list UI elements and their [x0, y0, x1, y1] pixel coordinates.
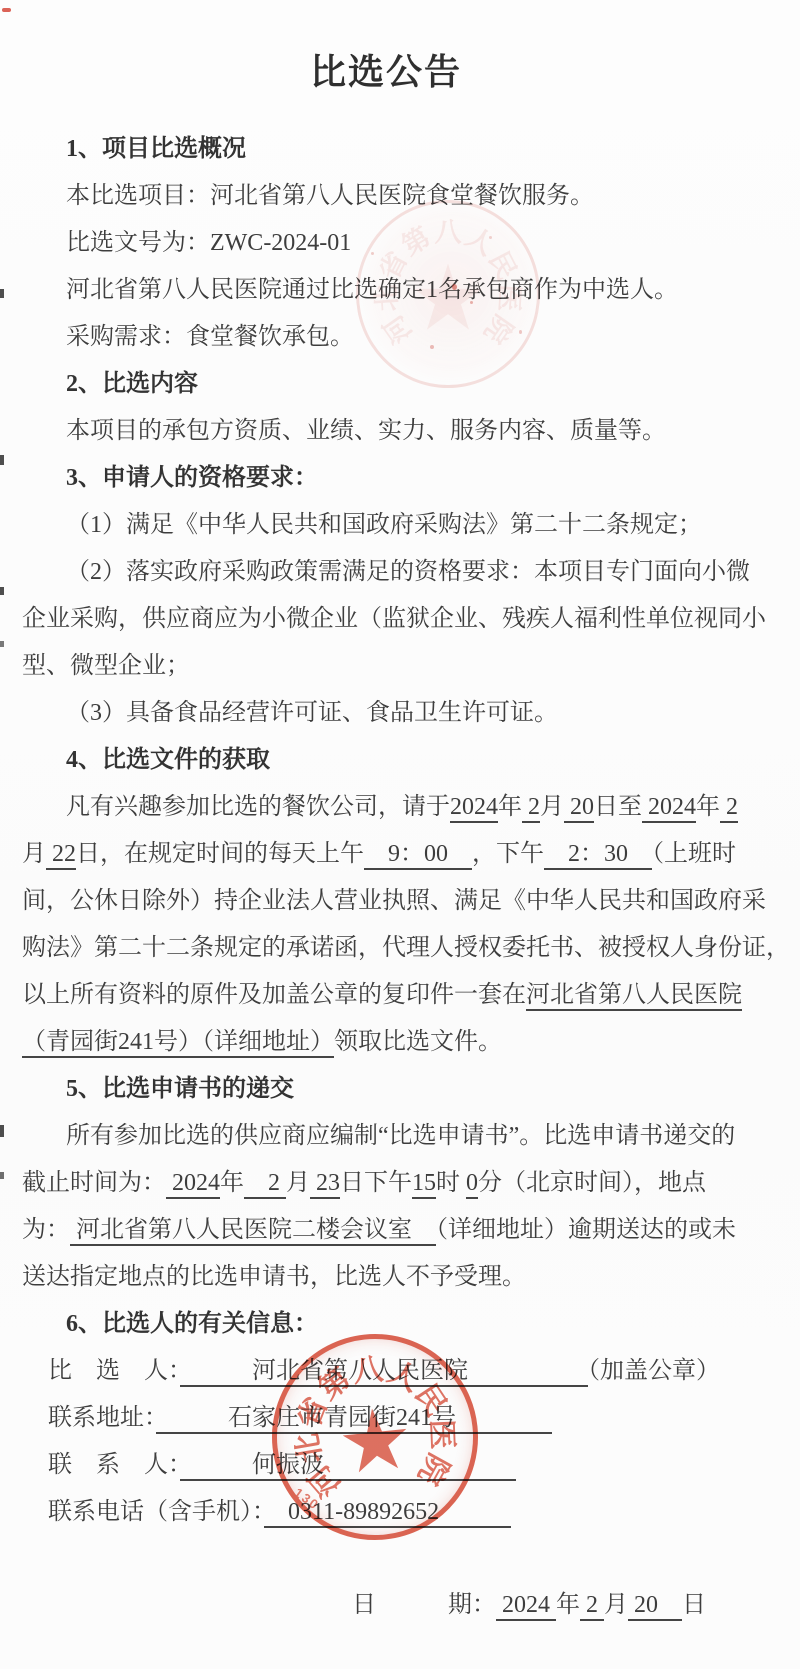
text-segment: 日下午: [340, 1170, 412, 1196]
text-segment: （加盖公章）: [588, 1358, 720, 1384]
selection-method-line: 河北省第八人民医院通过比选确定1名承包商作为中选人。: [22, 267, 776, 314]
text-segment: 为：: [22, 1217, 70, 1243]
section-heading-6: 6、比选人的有关信息：: [22, 1301, 776, 1348]
section-heading-4: 4、比选文件的获取: [22, 737, 776, 784]
text-segment: 月: [286, 1170, 310, 1196]
scan-artifact-edge-mark: [0, 289, 4, 298]
text-segment: （2）落实政府采购政策需满足的资格要求：本项目专门面向小微: [66, 559, 750, 585]
blank-underline: 石家庄市青园街241号: [156, 1405, 552, 1434]
text-segment: 企业采购，供应商应为小微企业（监狱企业、残疾人福利性单位视同小: [22, 606, 766, 632]
text-segment: 月: [604, 1592, 628, 1618]
text-segment: 型、微型企业；: [22, 653, 190, 679]
seal-ink-speck: [371, 252, 374, 255]
document-obtain-line-4: 购法》第二十二条规定的承诺函，代理人授权委托书、被授权人身份证，: [22, 925, 776, 972]
text-segment: 6、比选人的有关信息：: [66, 1311, 318, 1337]
text-segment: 3、申请人的资格要求：: [66, 465, 318, 491]
section-heading-3: 3、申请人的资格要求：: [22, 455, 776, 502]
text-segment: 间，公休日除外）持企业法人营业执照、满足《中华人民共和国政府采: [22, 888, 766, 914]
seal-ink-speck: [430, 345, 434, 349]
page-title: 比选公告: [0, 0, 786, 100]
document-obtain-line-3: 间，公休日除外）持企业法人营业执照、满足《中华人民共和国政府采: [22, 878, 776, 925]
text-segment: 时: [436, 1170, 466, 1196]
text-segment: 送达指定地点的比选申请书，比选人不予受理。: [22, 1264, 526, 1290]
blank-underline: 15: [412, 1170, 436, 1199]
text-segment: 购法》第二十二条规定的承诺函，代理人授权委托书、被授权人身份证，: [22, 935, 790, 961]
blank-underline: 2024: [496, 1592, 556, 1621]
text-segment: 河北省第八人民医院通过比选确定1名承包商作为中选人。: [66, 277, 678, 303]
document-obtain-line-1: 凡有兴趣参加比选的餐饮公司，请于2024年 2月 20日至 2024年 2: [22, 784, 776, 831]
scan-artifact-edge-mark: [0, 1172, 4, 1179]
text-segment: 比选文号为：ZWC-2024-01: [66, 230, 351, 256]
section-heading-1: 1、项目比选概况: [22, 126, 776, 173]
blank-underline: （青园街241号）（详细地址）: [22, 1029, 334, 1058]
qualification-item-2-cont-2: 型、微型企业；: [22, 643, 776, 690]
contact-address-row: 联系地址： 石家庄市青园街241号: [22, 1395, 776, 1442]
section-heading-5: 5、比选申请书的递交: [22, 1066, 776, 1113]
text-segment: 4、比选文件的获取: [66, 747, 270, 773]
text-segment: 月: [540, 794, 564, 820]
content-line: 本项目的承包方资质、业绩、实力、服务内容、质量等。: [22, 408, 776, 455]
contact-person-row: 联 系 人： 何振波: [22, 1442, 776, 1489]
contact-phone-row: 联系电话（含手机）： 0311-89892652: [22, 1489, 776, 1536]
text-segment: 年: [696, 794, 720, 820]
text-segment: 5、比选申请书的递交: [66, 1076, 294, 1102]
text-segment: （详细地址）逾期送达的或未: [436, 1217, 736, 1243]
text-segment: （3）具备食品经营许可证、食品卫生许可证。: [66, 700, 558, 726]
text-segment: 截止时间为：: [22, 1170, 166, 1196]
text-segment: 联 系 人：: [48, 1452, 180, 1478]
blank-underline: 2: [244, 1170, 286, 1199]
seal-ink-speck: [519, 330, 522, 334]
text-segment: 日: [682, 1592, 706, 1618]
scan-artifact-edge-mark: [0, 587, 4, 595]
qualification-item-2-cont-1: 企业采购，供应商应为小微企业（监狱企业、残疾人福利性单位视同小: [22, 596, 776, 643]
blank-underline: 0311-89892652: [264, 1499, 511, 1528]
submission-line-1: 所有参加比选的供应商应编制“比选申请书”。比选申请书递交的: [22, 1113, 776, 1160]
blank-underline: 2: [522, 794, 540, 823]
blank-underline: 22: [46, 841, 76, 870]
scan-artifact-edge-mark: [0, 641, 4, 647]
section-heading-2: 2、比选内容: [22, 361, 776, 408]
date-row: 日 期： 2024 年 2 月 20 日: [22, 1582, 776, 1629]
qualification-item-1: （1）满足《中华人民共和国政府采购法》第二十二条规定；: [22, 502, 776, 549]
text-segment: 比 选 人：: [48, 1358, 180, 1384]
text-segment: 月: [22, 841, 46, 867]
submission-line-4: 送达指定地点的比选申请书，比选人不予受理。: [22, 1254, 776, 1301]
blank-underline: 2: [720, 794, 738, 823]
scan-artifact-edge-mark: [0, 1125, 4, 1137]
blank-underline: 2024: [166, 1170, 220, 1199]
text-segment: 1、项目比选概况: [66, 136, 246, 162]
text-segment: 所有参加比选的供应商应编制“比选申请书”。比选申请书递交的: [66, 1123, 735, 1149]
text-segment: 凡有兴趣参加比选的餐饮公司，请于: [66, 794, 450, 820]
blank-underline: 20: [628, 1592, 682, 1621]
text-segment: 本比选项目：河北省第八人民医院食堂餐饮服务。: [66, 183, 594, 209]
submission-line-3: 为： 河北省第八人民医院二楼会议室 （详细地址）逾期送达的或未: [22, 1207, 776, 1254]
text-segment: （1）满足《中华人民共和国政府采购法》第二十二条规定；: [66, 512, 702, 538]
text-segment: 2、比选内容: [66, 371, 198, 397]
blank-underline: 9：00: [364, 841, 472, 870]
document-obtain-line-5: 以上所有资料的原件及加盖公章的复印件一套在河北省第八人民医院: [22, 972, 776, 1019]
text-segment: 分（北京时间），地点: [478, 1170, 706, 1196]
blank-underline: 河北省第八人民医院二楼会议室: [70, 1217, 436, 1246]
document-obtain-line-2: 月 22日，在规定时间的每天上午 9：00 ，下午 2：30 （上班时: [22, 831, 776, 878]
scanned-document-page: 比选公告 1、项目比选概况本比选项目：河北省第八人民医院食堂餐饮服务。比选文号为…: [0, 0, 800, 1669]
blank-underline: 何振波: [180, 1452, 516, 1481]
text-segment: （上班时: [652, 841, 736, 867]
text-segment: 日，在规定时间的每天上午: [76, 841, 364, 867]
text-segment: 以上所有资料的原件及加盖公章的复印件一套在: [22, 982, 526, 1008]
blank-underline: 0: [466, 1170, 478, 1199]
document-body: 1、项目比选概况本比选项目：河北省第八人民医院食堂餐饮服务。比选文号为：ZWC-…: [22, 126, 776, 1629]
text-segment: 联系地址：: [48, 1405, 156, 1431]
qualification-item-3: （3）具备食品经营许可证、食品卫生许可证。: [22, 690, 776, 737]
procurement-demand-line: 采购需求：食堂餐饮承包。: [22, 314, 776, 361]
text-segment: 日至: [594, 794, 642, 820]
document-obtain-line-6: （青园街241号）（详细地址）领取比选文件。: [22, 1019, 776, 1066]
text-segment: ，下午: [472, 841, 544, 867]
text-segment: 采购需求：食堂餐饮承包。: [66, 324, 354, 350]
seal-ink-speck: [452, 284, 457, 290]
text-segment: 年: [498, 794, 522, 820]
blank-underline: 2024: [642, 794, 696, 823]
seal-ink-speck: [470, 301, 473, 304]
project-name-line: 本比选项目：河北省第八人民医院食堂餐饮服务。: [22, 173, 776, 220]
text-segment: 领取比选文件。: [334, 1029, 502, 1055]
text-segment: 年: [220, 1170, 244, 1196]
blank-underline: 河北省第八人民医院: [526, 982, 742, 1011]
text-segment: 联系电话（含手机）：: [48, 1499, 264, 1525]
blank-underline: 20: [564, 794, 594, 823]
blank-underline: 2：30: [544, 841, 652, 870]
submission-line-2: 截止时间为： 2024年 2 月 23日下午15时 0分（北京时间），地点: [22, 1160, 776, 1207]
scan-artifact-edge-mark: [0, 455, 4, 465]
blank-underline: 2024: [450, 794, 498, 823]
text-segment: 本项目的承包方资质、业绩、实力、服务内容、质量等。: [66, 418, 666, 444]
blank-underline: 23: [310, 1170, 340, 1199]
blank-underline: 2: [580, 1592, 604, 1621]
text-segment: 年: [556, 1592, 580, 1618]
qualification-item-2: （2）落实政府采购政策需满足的资格要求：本项目专门面向小微: [22, 549, 776, 596]
seal-ink-speck: [489, 236, 492, 239]
selector-row: 比 选 人： 河北省第八人民医院 （加盖公章）: [22, 1348, 776, 1395]
blank-underline: 河北省第八人民医院: [180, 1358, 588, 1387]
document-number-line: 比选文号为：ZWC-2024-01: [22, 220, 776, 267]
text-segment: 日 期：: [352, 1592, 496, 1618]
